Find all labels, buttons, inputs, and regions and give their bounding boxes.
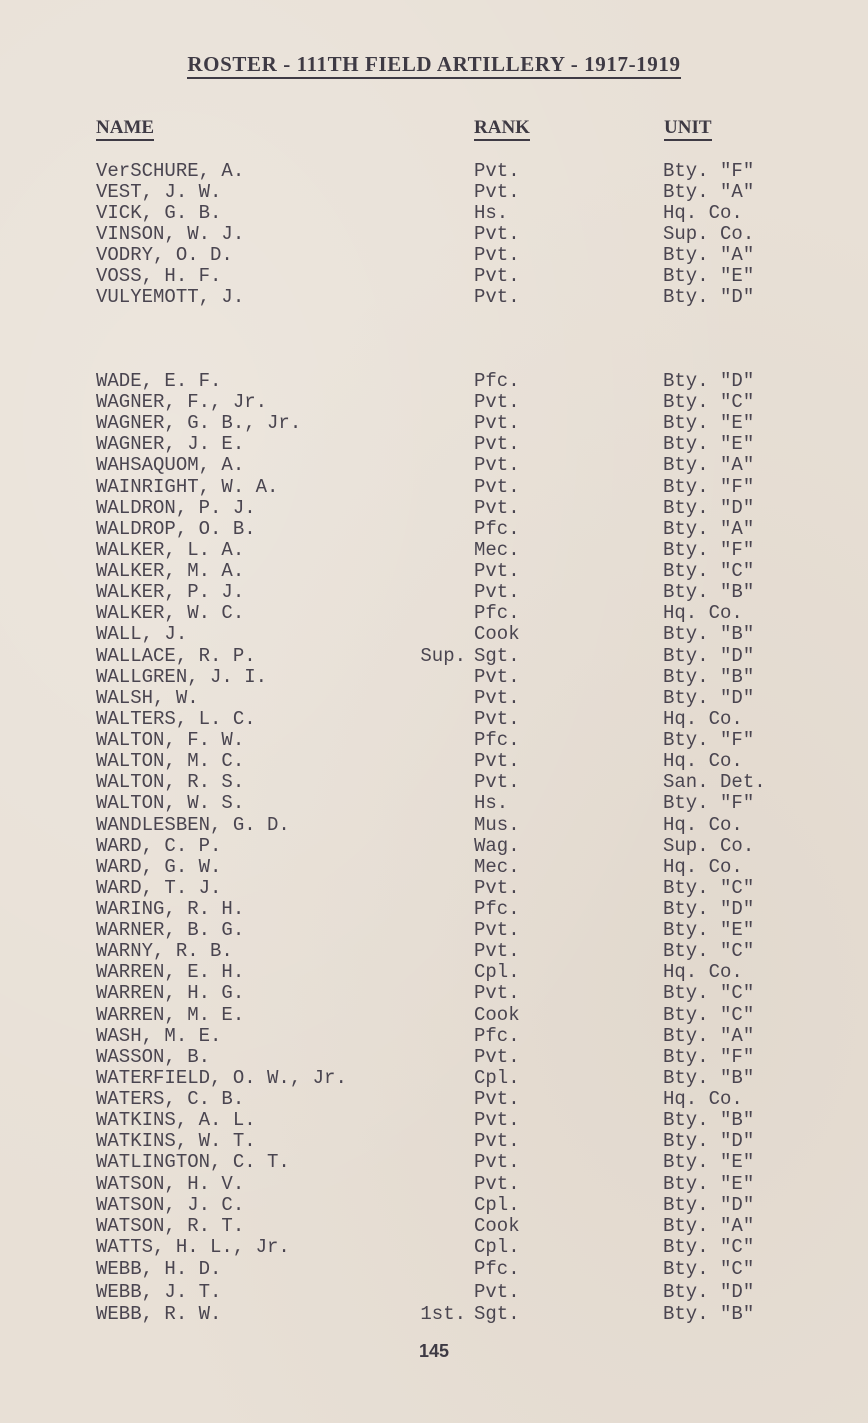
soldier-rank: Pvt.: [474, 1151, 520, 1173]
soldier-unit: Bty. "C": [663, 391, 754, 413]
rank-text: Cpl.: [474, 1067, 520, 1089]
roster-row: WAGNER, J. E.Pvt.Bty. "E": [0, 433, 868, 455]
soldier-name: WARNER, B. G.: [96, 919, 244, 941]
soldier-rank: Mec.: [474, 539, 520, 561]
roster-row: VULYEMOTT, J.Pvt.Bty. "D": [0, 286, 868, 308]
soldier-unit: Bty. "F": [663, 476, 754, 498]
soldier-name: WEBB, J. T.: [96, 1281, 221, 1303]
rank-text: Pvt.: [474, 687, 520, 709]
soldier-unit: Bty. "A": [663, 454, 754, 476]
rank-text: Mus.: [474, 814, 520, 836]
soldier-name: WARD, T. J.: [96, 877, 221, 899]
rank-text: Pfc.: [474, 518, 520, 540]
soldier-name: WALTON, M. C.: [96, 750, 244, 772]
soldier-rank: Pvt.: [474, 286, 520, 308]
soldier-unit: Bty. "C": [663, 940, 754, 962]
soldier-rank: Pvt.: [474, 391, 520, 413]
roster-row: WALSH, W.Pvt.Bty. "D": [0, 687, 868, 709]
soldier-name: WAGNER, G. B., Jr.: [96, 412, 301, 434]
soldier-rank: Pfc.: [474, 898, 520, 920]
soldier-rank: Pvt.: [474, 1130, 520, 1152]
soldier-name: WARD, G. W.: [96, 856, 221, 878]
rank-text: Cook: [474, 1215, 520, 1237]
page-number: 145: [0, 1341, 868, 1362]
soldier-name: WALKER, W. C.: [96, 602, 244, 624]
rank-text: Cpl.: [474, 1194, 520, 1216]
soldier-rank: Pvt.: [474, 1088, 520, 1110]
roster-row: WALKER, L. A.Mec.Bty. "F": [0, 539, 868, 561]
soldier-name: WALKER, P. J.: [96, 581, 244, 603]
soldier-unit: Bty. "F": [663, 1046, 754, 1068]
soldier-rank: 1st.Sgt.: [474, 1303, 520, 1325]
rank-text: Mec.: [474, 856, 520, 878]
rank-text: Pvt.: [474, 497, 520, 519]
roster-row: WARD, C. P.Wag.Sup. Co.: [0, 835, 868, 857]
soldier-unit: Bty. "D": [663, 645, 754, 667]
roster-row: WATKINS, W. T.Pvt.Bty. "D": [0, 1130, 868, 1152]
rank-text: Pvt.: [474, 265, 520, 287]
rank-text: Pvt.: [474, 476, 520, 498]
rank-text: Pvt.: [474, 581, 520, 603]
soldier-rank: Cpl.: [474, 1194, 520, 1216]
soldier-rank: Pvt.: [474, 223, 520, 245]
soldier-rank: Pvt.: [474, 666, 520, 688]
soldier-unit: Sup. Co.: [663, 223, 754, 245]
soldier-unit: Hq. Co.: [663, 961, 743, 983]
rank-text: Pvt.: [474, 771, 520, 793]
column-header-rank: RANK: [474, 117, 530, 139]
soldier-rank: Pvt.: [474, 1173, 520, 1195]
soldier-unit: Bty. "C": [663, 1004, 754, 1026]
rank-prefix: Sup.: [420, 645, 466, 667]
roster-row: WALKER, M. A.Pvt.Bty. "C": [0, 560, 868, 582]
soldier-rank: Pvt.: [474, 771, 520, 793]
rank-text: Pvt.: [474, 1151, 520, 1173]
roster-row: WATSON, H. V.Pvt.Bty. "E": [0, 1173, 868, 1195]
rank-text: Cook: [474, 1004, 520, 1026]
rank-text: Pvt.: [474, 982, 520, 1004]
column-header-unit-text: UNIT: [664, 117, 712, 141]
soldier-rank: Pvt.: [474, 750, 520, 772]
roster-row: WALTON, R. S.Pvt.San. Det.: [0, 771, 868, 793]
roster-row: WARD, T. J.Pvt.Bty. "C": [0, 877, 868, 899]
soldier-unit: Bty. "D": [663, 1130, 754, 1152]
soldier-unit: Bty. "B": [663, 666, 754, 688]
soldier-unit: Bty. "D": [663, 286, 754, 308]
soldier-rank: Pvt.: [474, 181, 520, 203]
roster-row: WATERFIELD, O. W., Jr.Cpl.Bty. "B": [0, 1067, 868, 1089]
rank-text: Pvt.: [474, 560, 520, 582]
soldier-rank: Pvt.: [474, 265, 520, 287]
soldier-unit: Bty. "B": [663, 1067, 754, 1089]
soldier-name: WASH, M. E.: [96, 1025, 221, 1047]
roster-row: WADE, E. F.Pfc.Bty. "D": [0, 370, 868, 392]
rank-text: Pfc.: [474, 1025, 520, 1047]
soldier-rank: Pvt.: [474, 476, 520, 498]
roster-row: WASSON, B.Pvt.Bty. "F": [0, 1046, 868, 1068]
soldier-rank: Pfc.: [474, 370, 520, 392]
soldier-rank: Pfc.: [474, 1025, 520, 1047]
roster-row: VINSON, W. J.Pvt.Sup. Co.: [0, 223, 868, 245]
soldier-unit: Bty. "B": [663, 623, 754, 645]
rank-text: Cpl.: [474, 961, 520, 983]
soldier-rank: Pvt.: [474, 877, 520, 899]
soldier-unit: Bty. "A": [663, 181, 754, 203]
roster-row: WASH, M. E.Pfc.Bty. "A": [0, 1025, 868, 1047]
soldier-name: WEBB, R. W.: [96, 1303, 221, 1325]
rank-text: Pvt.: [474, 877, 520, 899]
soldier-name: WAGNER, F., Jr.: [96, 391, 267, 413]
soldier-unit: Hq. Co.: [663, 750, 743, 772]
soldier-unit: Bty. "E": [663, 412, 754, 434]
rank-text: Pvt.: [474, 223, 520, 245]
roster-row: WALDRON, P. J.Pvt.Bty. "D": [0, 497, 868, 519]
soldier-rank: Mus.: [474, 814, 520, 836]
roster-row: VICK, G. B.Hs.Hq. Co.: [0, 202, 868, 224]
soldier-name: WARREN, E. H.: [96, 961, 244, 983]
rank-text: Pvt.: [474, 454, 520, 476]
rank-text: Wag.: [474, 835, 520, 857]
soldier-unit: Bty. "D": [663, 1194, 754, 1216]
soldier-unit: Bty. "D": [663, 1281, 754, 1303]
soldier-rank: Pvt.: [474, 560, 520, 582]
soldier-name: VINSON, W. J.: [96, 223, 244, 245]
soldier-name: WALDRON, P. J.: [96, 497, 256, 519]
page-title: ROSTER - 111TH FIELD ARTILLERY - 1917-19…: [0, 52, 868, 77]
roster-row: WARD, G. W.Mec.Hq. Co.: [0, 856, 868, 878]
soldier-unit: San. Det.: [663, 771, 766, 793]
soldier-name: WAGNER, J. E.: [96, 433, 244, 455]
roster-row: WAHSAQUOM, A.Pvt.Bty. "A": [0, 454, 868, 476]
rank-text: Pfc.: [474, 729, 520, 751]
rank-text: Pfc.: [474, 1258, 520, 1280]
rank-text: Pvt.: [474, 708, 520, 730]
soldier-unit: Hq. Co.: [663, 814, 743, 836]
rank-text: Cook: [474, 623, 520, 645]
rank-text: Pvt.: [474, 1173, 520, 1195]
roster-row: WALTERS, L. C.Pvt.Hq. Co.: [0, 708, 868, 730]
soldier-rank: Pvt.: [474, 982, 520, 1004]
roster-row: WARNER, B. G.Pvt.Bty. "E": [0, 919, 868, 941]
soldier-rank: Pvt.: [474, 497, 520, 519]
roster-row: VEST, J. W.Pvt.Bty. "A": [0, 181, 868, 203]
rank-text: Pvt.: [474, 750, 520, 772]
roster-row: WEBB, J. T.Pvt.Bty. "D": [0, 1281, 868, 1303]
soldier-unit: Bty. "E": [663, 433, 754, 455]
rank-text: Cpl.: [474, 1236, 520, 1258]
soldier-unit: Bty. "E": [663, 1173, 754, 1195]
rank-text: Pfc.: [474, 602, 520, 624]
rank-prefix: 1st.: [420, 1303, 466, 1325]
soldier-rank: Wag.: [474, 835, 520, 857]
soldier-name: WATSON, H. V.: [96, 1173, 244, 1195]
roster-row: WATKINS, A. L.Pvt.Bty. "B": [0, 1109, 868, 1131]
soldier-unit: Bty. "D": [663, 687, 754, 709]
roster-row: VOSS, H. F.Pvt.Bty. "E": [0, 265, 868, 287]
soldier-name: WALKER, L. A.: [96, 539, 244, 561]
soldier-rank: Pvt.: [474, 412, 520, 434]
column-header-unit: UNIT: [664, 117, 712, 139]
soldier-name: WALTERS, L. C.: [96, 708, 256, 730]
soldier-rank: Pvt.: [474, 687, 520, 709]
rank-text: Pvt.: [474, 1088, 520, 1110]
soldier-rank: Pfc.: [474, 602, 520, 624]
soldier-unit: Bty. "A": [663, 244, 754, 266]
soldier-name: VULYEMOTT, J.: [96, 286, 244, 308]
soldier-name: WATERS, C. B.: [96, 1088, 244, 1110]
soldier-rank: Pvt.: [474, 919, 520, 941]
soldier-name: WALTON, W. S.: [96, 792, 244, 814]
soldier-unit: Bty. "B": [663, 1109, 754, 1131]
soldier-unit: Bty. "C": [663, 982, 754, 1004]
soldier-rank: Cpl.: [474, 1067, 520, 1089]
soldier-unit: Sup. Co.: [663, 835, 754, 857]
roster-row: WALL, J.CookBty. "B": [0, 623, 868, 645]
soldier-unit: Bty. "F": [663, 792, 754, 814]
rank-text: Pvt.: [474, 940, 520, 962]
roster-row: WALKER, W. C.Pfc.Hq. Co.: [0, 602, 868, 624]
soldier-unit: Bty. "B": [663, 1303, 754, 1325]
soldier-name: WARREN, H. G.: [96, 982, 244, 1004]
soldier-rank: Cpl.: [474, 961, 520, 983]
soldier-unit: Bty. "E": [663, 1151, 754, 1173]
soldier-unit: Hq. Co.: [663, 856, 743, 878]
rank-text: Pvt.: [474, 433, 520, 455]
roster-row: WAGNER, G. B., Jr.Pvt.Bty. "E": [0, 412, 868, 434]
soldier-name: WAHSAQUOM, A.: [96, 454, 244, 476]
soldier-unit: Bty. "C": [663, 877, 754, 899]
rank-text: Hs.: [474, 792, 508, 814]
soldier-name: WANDLESBEN, G. D.: [96, 814, 290, 836]
soldier-name: WARING, R. H.: [96, 898, 244, 920]
roster-row: WAGNER, F., Jr.Pvt.Bty. "C": [0, 391, 868, 413]
roster-row: WATSON, R. T.CookBty. "A": [0, 1215, 868, 1237]
soldier-unit: Bty. "A": [663, 1025, 754, 1047]
soldier-name: WALLGREN, J. I.: [96, 666, 267, 688]
roster-row: WATSON, J. C.Cpl.Bty. "D": [0, 1194, 868, 1216]
rank-text: Pfc.: [474, 898, 520, 920]
soldier-unit: Bty. "E": [663, 265, 754, 287]
soldier-rank: Pfc.: [474, 518, 520, 540]
soldier-name: VOSS, H. F.: [96, 265, 221, 287]
rank-text: Hs.: [474, 202, 508, 224]
soldier-unit: Hq. Co.: [663, 1088, 743, 1110]
soldier-rank: Pvt.: [474, 160, 520, 182]
soldier-name: WARREN, M. E.: [96, 1004, 244, 1026]
rank-text: Pvt.: [474, 286, 520, 308]
soldier-name: WATSON, R. T.: [96, 1215, 244, 1237]
soldier-rank: Cook: [474, 623, 520, 645]
rank-text: Sgt.: [474, 645, 520, 667]
column-header-rank-text: RANK: [474, 117, 530, 141]
soldier-name: WADE, E. F.: [96, 370, 221, 392]
soldier-rank: Mec.: [474, 856, 520, 878]
roster-row: WATTS, H. L., Jr.Cpl.Bty. "C": [0, 1236, 868, 1258]
soldier-unit: Bty. "F": [663, 539, 754, 561]
soldier-name: WATKINS, A. L.: [96, 1109, 256, 1131]
roster-row: WALKER, P. J.Pvt.Bty. "B": [0, 581, 868, 603]
soldier-rank: Pvt.: [474, 1109, 520, 1131]
soldier-rank: Cpl.: [474, 1236, 520, 1258]
roster-row: WARREN, M. E.CookBty. "C": [0, 1004, 868, 1026]
rank-text: Pvt.: [474, 244, 520, 266]
soldier-unit: Bty. "C": [663, 1258, 754, 1280]
soldier-unit: Bty. "B": [663, 581, 754, 603]
soldier-name: WATSON, J. C.: [96, 1194, 244, 1216]
soldier-rank: Pvt.: [474, 244, 520, 266]
soldier-name: VICK, G. B.: [96, 202, 221, 224]
soldier-rank: Pvt.: [474, 940, 520, 962]
soldier-rank: Pvt.: [474, 1046, 520, 1068]
rank-text: Pvt.: [474, 919, 520, 941]
roster-row: WARREN, E. H.Cpl.Hq. Co.: [0, 961, 868, 983]
rank-text: Pfc.: [474, 370, 520, 392]
soldier-unit: Bty. "D": [663, 898, 754, 920]
rank-text: Pvt.: [474, 666, 520, 688]
roster-row: WARREN, H. G.Pvt.Bty. "C": [0, 982, 868, 1004]
soldier-rank: Sup.Sgt.: [474, 645, 520, 667]
soldier-rank: Cook: [474, 1215, 520, 1237]
soldier-rank: Pvt.: [474, 708, 520, 730]
roster-page: ROSTER - 111TH FIELD ARTILLERY - 1917-19…: [0, 0, 868, 1423]
soldier-unit: Bty. "A": [663, 1215, 754, 1237]
page-title-text: ROSTER - 111TH FIELD ARTILLERY - 1917-19…: [187, 52, 680, 79]
soldier-unit: Hq. Co.: [663, 708, 743, 730]
soldier-unit: Bty. "F": [663, 160, 754, 182]
soldier-rank: Cook: [474, 1004, 520, 1026]
rank-text: Mec.: [474, 539, 520, 561]
soldier-name: WALSH, W.: [96, 687, 199, 709]
soldier-name: WALLACE, R. P.: [96, 645, 256, 667]
rank-text: Sgt.: [474, 1303, 520, 1325]
roster-row: WALTON, M. C.Pvt.Hq. Co.: [0, 750, 868, 772]
soldier-name: WATKINS, W. T.: [96, 1130, 256, 1152]
rank-text: Pvt.: [474, 412, 520, 434]
soldier-unit: Bty. "C": [663, 1236, 754, 1258]
roster-row: WATLINGTON, C. T.Pvt.Bty. "E": [0, 1151, 868, 1173]
soldier-unit: Bty. "F": [663, 729, 754, 751]
roster-row: WANDLESBEN, G. D.Mus.Hq. Co.: [0, 814, 868, 836]
soldier-rank: Hs.: [474, 202, 508, 224]
soldier-name: WEBB, H. D.: [96, 1258, 221, 1280]
roster-row: WALTON, W. S.Hs.Bty. "F": [0, 792, 868, 814]
roster-row: WEBB, H. D.Pfc.Bty. "C": [0, 1258, 868, 1280]
soldier-rank: Pfc.: [474, 729, 520, 751]
roster-row: WAINRIGHT, W. A.Pvt.Bty. "F": [0, 476, 868, 498]
roster-row: WATERS, C. B.Pvt.Hq. Co.: [0, 1088, 868, 1110]
roster-row: WALLGREN, J. I.Pvt.Bty. "B": [0, 666, 868, 688]
soldier-unit: Hq. Co.: [663, 202, 743, 224]
soldier-name: WALKER, M. A.: [96, 560, 244, 582]
rank-text: Pvt.: [474, 391, 520, 413]
soldier-rank: Pfc.: [474, 1258, 520, 1280]
soldier-name: WATLINGTON, C. T.: [96, 1151, 290, 1173]
soldier-name: WALL, J.: [96, 623, 187, 645]
roster-row: VerSCHURE, A.Pvt.Bty. "F": [0, 160, 868, 182]
soldier-name: WALTON, F. W.: [96, 729, 244, 751]
roster-row: WALDROP, O. B.Pfc.Bty. "A": [0, 518, 868, 540]
soldier-rank: Pvt.: [474, 581, 520, 603]
soldier-name: VerSCHURE, A.: [96, 160, 244, 182]
rank-text: Pvt.: [474, 1109, 520, 1131]
roster-row: WARNY, R. B.Pvt.Bty. "C": [0, 940, 868, 962]
roster-row: VODRY, O. D.Pvt.Bty. "A": [0, 244, 868, 266]
column-header-name: NAME: [96, 117, 154, 139]
rank-text: Pvt.: [474, 1130, 520, 1152]
soldier-name: WASSON, B.: [96, 1046, 210, 1068]
soldier-rank: Pvt.: [474, 1281, 520, 1303]
rank-text: Pvt.: [474, 1281, 520, 1303]
rank-text: Pvt.: [474, 1046, 520, 1068]
soldier-name: VODRY, O. D.: [96, 244, 233, 266]
soldier-rank: Pvt.: [474, 454, 520, 476]
soldier-rank: Pvt.: [474, 433, 520, 455]
soldier-unit: Bty. "E": [663, 919, 754, 941]
soldier-name: WATERFIELD, O. W., Jr.: [96, 1067, 347, 1089]
soldier-name: WARD, C. P.: [96, 835, 221, 857]
soldier-name: WALDROP, O. B.: [96, 518, 256, 540]
rank-text: Pvt.: [474, 181, 520, 203]
soldier-unit: Bty. "C": [663, 560, 754, 582]
roster-row: WEBB, R. W.1st.Sgt.Bty. "B": [0, 1303, 868, 1325]
column-header-name-text: NAME: [96, 117, 154, 141]
roster-row: WARING, R. H.Pfc.Bty. "D": [0, 898, 868, 920]
soldier-unit: Bty. "D": [663, 497, 754, 519]
soldier-name: WAINRIGHT, W. A.: [96, 476, 278, 498]
soldier-unit: Hq. Co.: [663, 602, 743, 624]
soldier-unit: Bty. "A": [663, 518, 754, 540]
soldier-rank: Hs.: [474, 792, 508, 814]
roster-row: WALLACE, R. P.Sup.Sgt.Bty. "D": [0, 645, 868, 667]
soldier-unit: Bty. "D": [663, 370, 754, 392]
rank-text: Pvt.: [474, 160, 520, 182]
soldier-name: WATTS, H. L., Jr.: [96, 1236, 290, 1258]
soldier-name: VEST, J. W.: [96, 181, 221, 203]
soldier-name: WARNY, R. B.: [96, 940, 233, 962]
roster-row: WALTON, F. W.Pfc.Bty. "F": [0, 729, 868, 751]
soldier-name: WALTON, R. S.: [96, 771, 244, 793]
